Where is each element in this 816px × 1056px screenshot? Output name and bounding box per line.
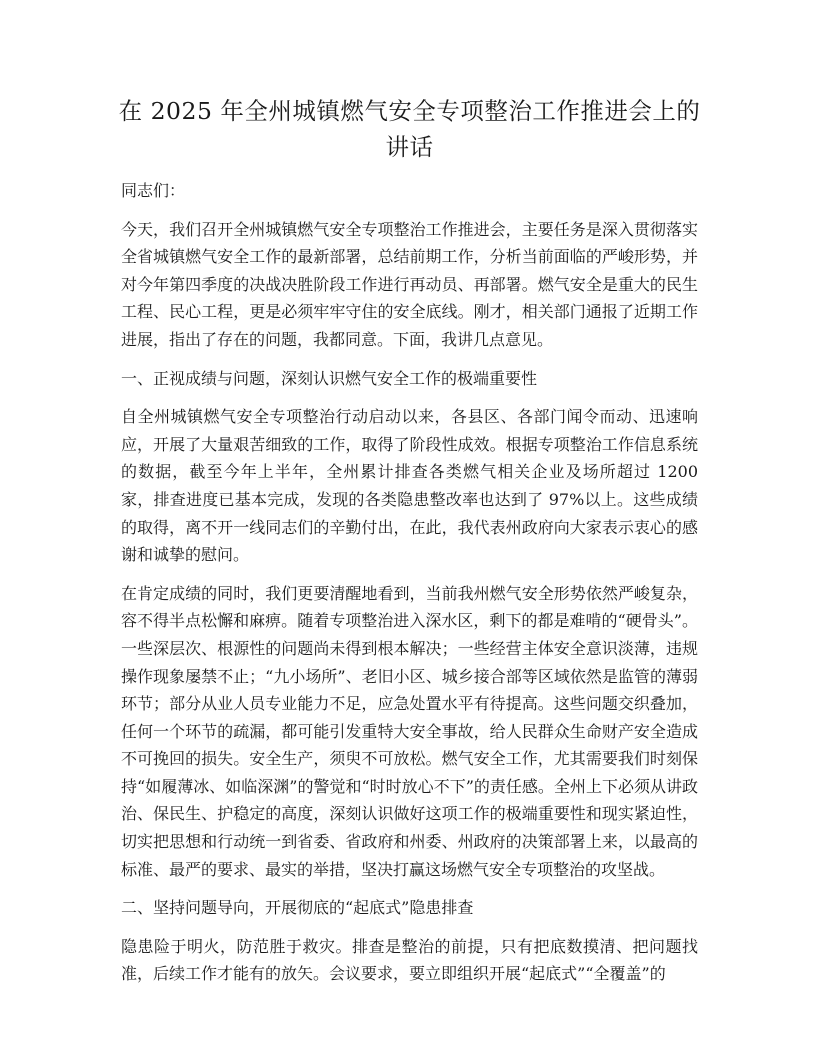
document-page: 在 2025 年全州城镇燃气安全专项整治工作推进会上的 讲话 同志们： 今天，我… <box>121 93 698 999</box>
title-line-1: 在 2025 年全州城镇燃气安全专项整治工作推进会上的 <box>101 93 718 129</box>
paragraph-achievements: 自全州城镇燃气安全专项整治行动启动以来，各县区、各部门闻令而动、迅速响应，开展了… <box>121 403 698 569</box>
section-heading-2: 二、坚持问题导向，开展彻底的“起底式”隐患排查 <box>121 894 698 922</box>
title-line-2: 讲话 <box>101 129 718 165</box>
paragraph-challenges: 在肯定成绩的同时，我们更要清醒地看到，当前我州燃气安全形势依然严峻复杂，容不得半… <box>121 580 698 884</box>
paragraph-intro: 今天，我们召开全州城镇燃气安全专项整治工作推进会，主要任务是深入贯彻落实全省城镇… <box>121 216 698 354</box>
paragraph-inspection: 隐患险于明火，防范胜于救灾。排查是整治的前提，只有把底数摸清、把问题找准，后续工… <box>121 933 698 988</box>
section-heading-1: 一、正视成绩与问题，深刻认识燃气安全工作的极端重要性 <box>121 365 698 393</box>
document-title: 在 2025 年全州城镇燃气安全专项整治工作推进会上的 讲话 <box>101 93 718 165</box>
salutation: 同志们： <box>121 177 698 205</box>
